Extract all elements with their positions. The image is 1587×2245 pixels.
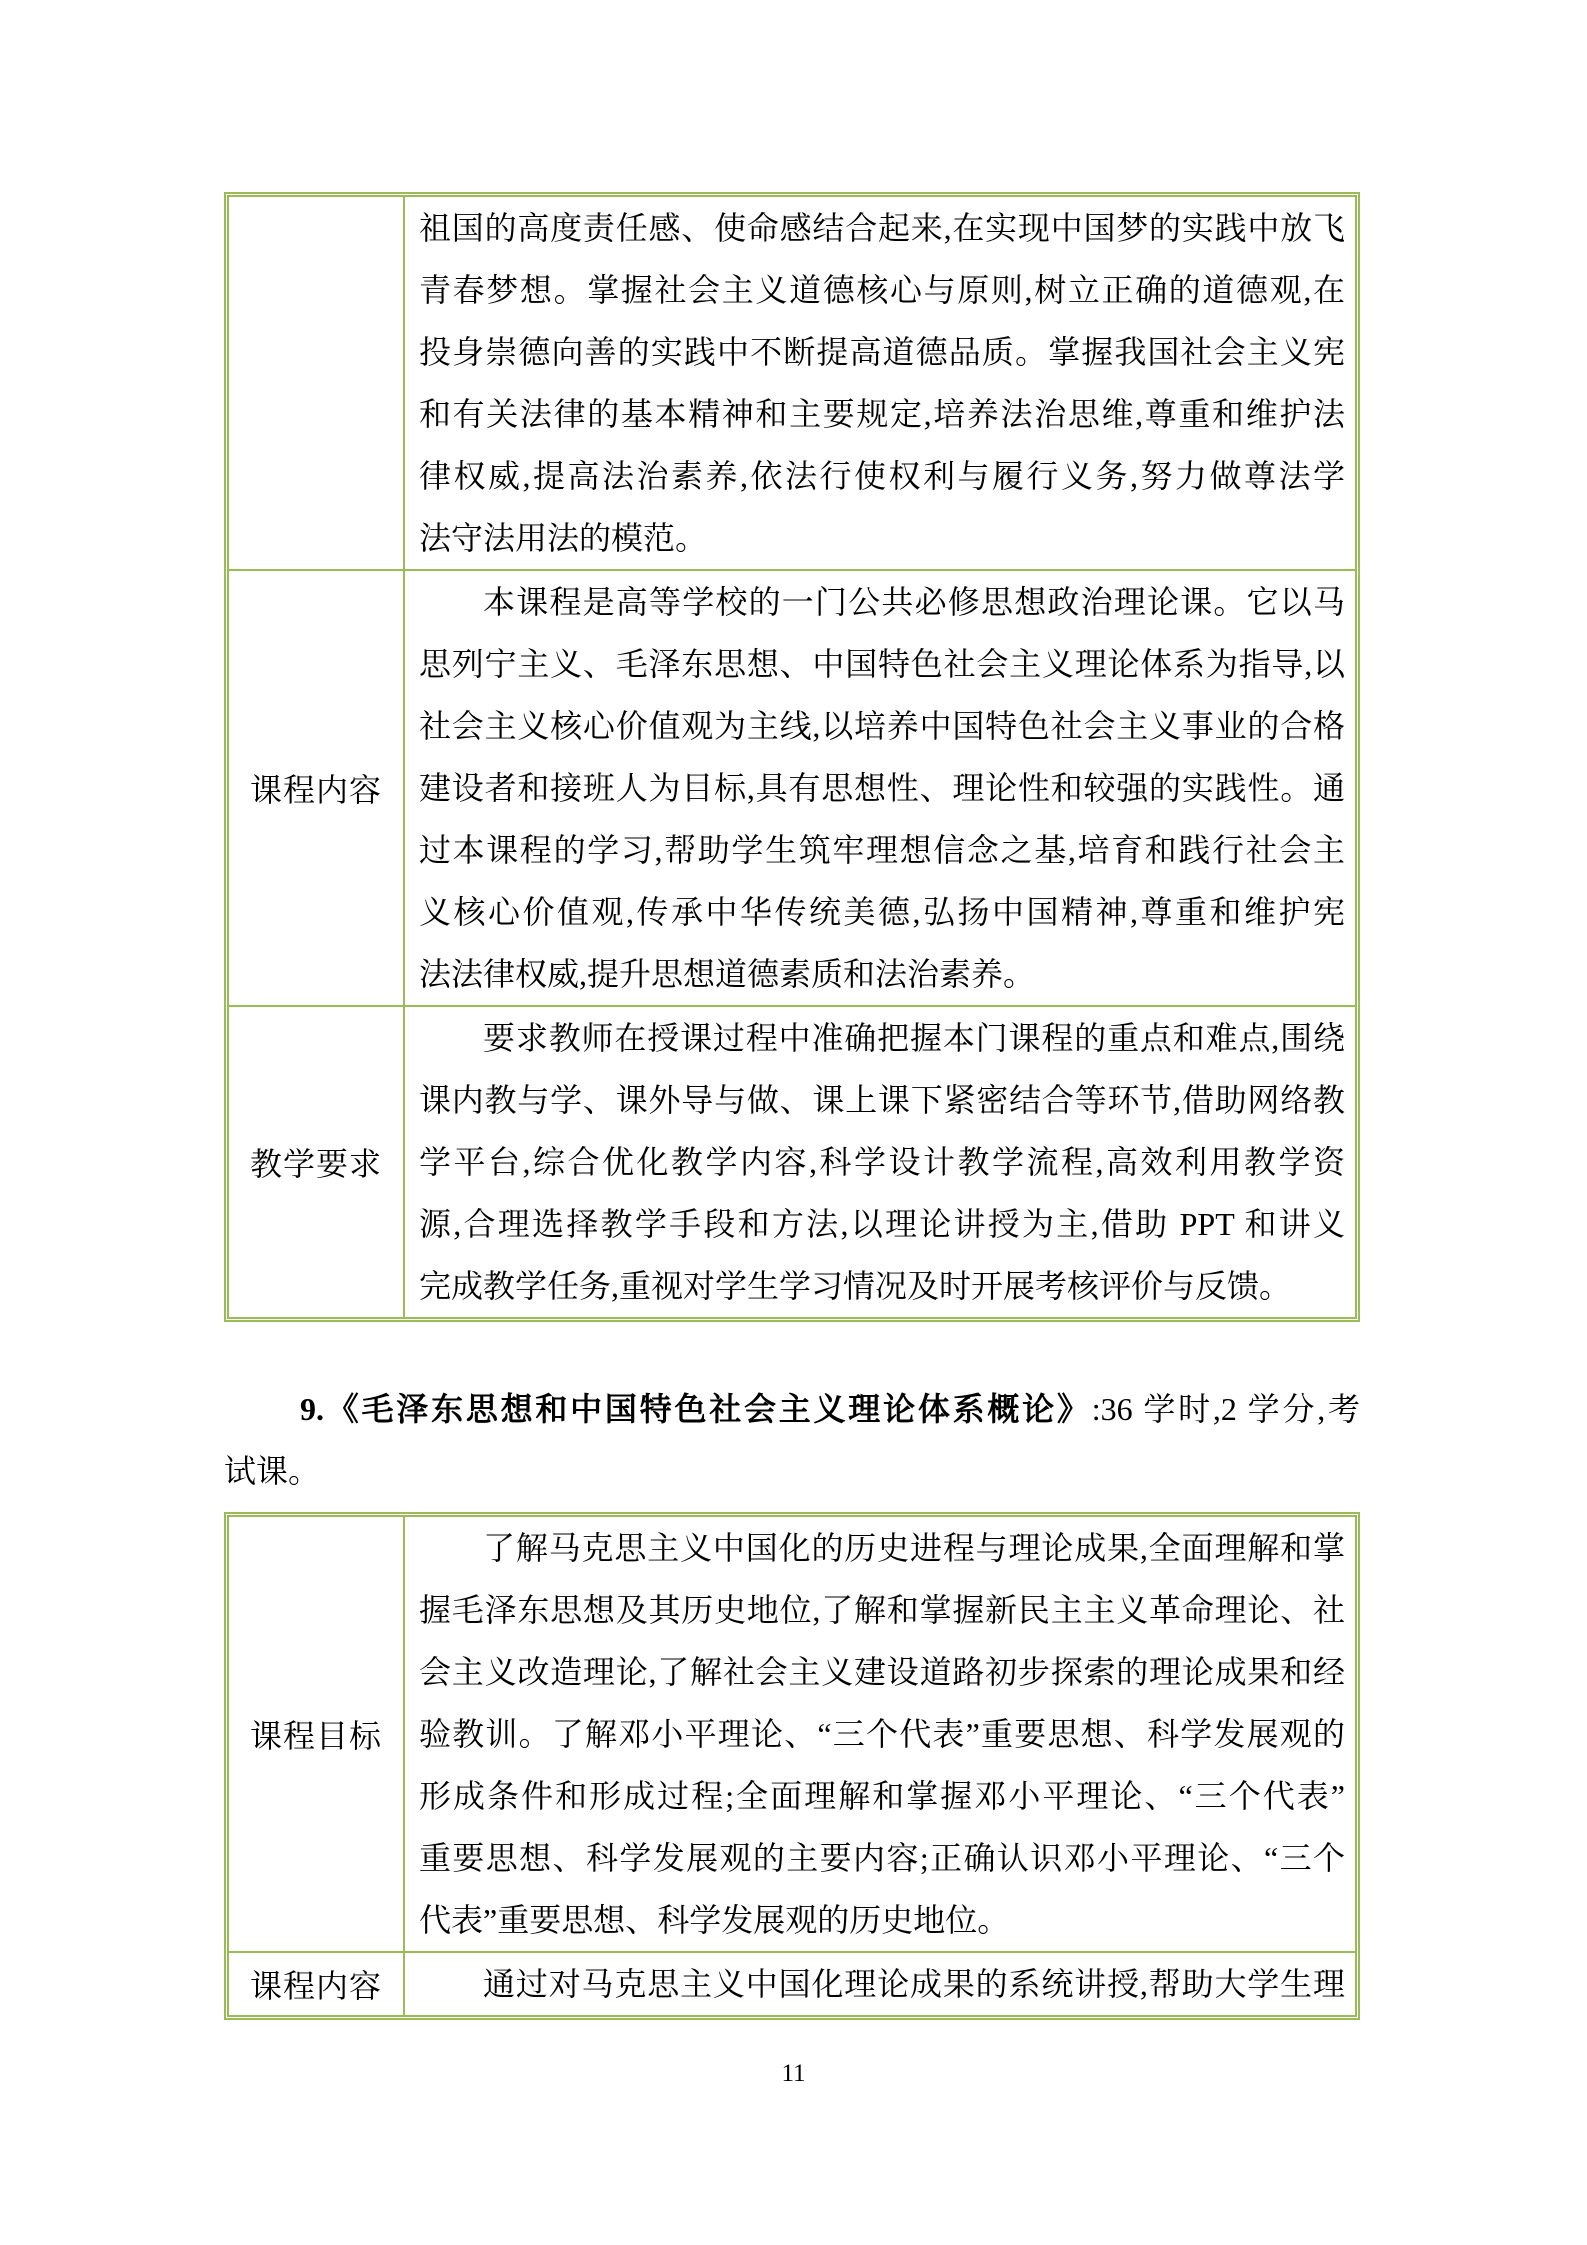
row-label-course-content: 课程内容 [229,1953,405,2015]
text-line: 重要思想、科学发展观的主要内容;正确认识邓小平理论、“三个 [419,1827,1345,1889]
text-line: 会主义改造理论,了解社会主义建设道路初步探索的理论成果和经 [419,1641,1345,1703]
text-line: 祖国的高度责任感、使命感结合起来,在实现中国梦的实践中放飞 [419,197,1345,259]
text-line: 通过对马克思主义中国化理论成果的系统讲授,帮助大学生理 [419,1953,1345,2015]
table-row-course-content: 课程内容 通过对马克思主义中国化理论成果的系统讲授,帮助大学生理 [229,1951,1355,2015]
heading-course-details: :36 学时,2 学分,考 [1092,1391,1360,1427]
table-row-course-content: 课程内容 本课程是高等学校的一门公共必修思想政治理论课。它以马克思列宁主义、毛泽… [229,569,1355,1005]
text-line: 义核心价值观,传承中华传统美德,弘扬中国精神,尊重和维护宪 [419,881,1345,943]
row-content-teaching-requirements: 要求教师在授课过程中准确把握本门课程的重点和难点,围绕课内教与学、课外导与做、课… [405,1007,1355,1317]
table-row-continuation: 祖国的高度责任感、使命感结合起来,在实现中国梦的实践中放飞青春梦想。掌握社会主义… [229,197,1355,569]
row-content-course-content: 通过对马克思主义中国化理论成果的系统讲授,帮助大学生理 [405,1953,1355,2015]
table-row-course-objectives: 课程目标 了解马克思主义中国化的历史进程与理论成果,全面理解和掌握毛泽东思想及其… [229,1517,1355,1951]
syllabus-table-ideology-course: 祖国的高度责任感、使命感结合起来,在实现中国梦的实践中放飞青春梦想。掌握社会主义… [224,192,1360,1322]
text-line: 建设者和接班人为目标,具有思想性、理论性和较强的实践性。通 [419,757,1345,819]
row-label-empty [229,197,405,569]
row-content-course-content: 本课程是高等学校的一门公共必修思想政治理论课。它以马克思列宁主义、毛泽东思想、中… [405,571,1355,1005]
text-line: 青春梦想。掌握社会主义道德核心与原则,树立正确的道德观,在 [419,259,1345,321]
row-label-course-objectives: 课程目标 [229,1517,405,1951]
text-line: 思列宁主义、毛泽东思想、中国特色社会主义理论体系为指导,以 [419,633,1345,695]
heading-course-title: 9.《毛泽东思想和中国特色社会主义理论体系概论》 [300,1391,1092,1427]
text-line: 本课程是高等学校的一门公共必修思想政治理论课。它以马克 [419,571,1345,633]
text-line: 法守法用法的模范。 [419,507,1345,569]
row-label-teaching-requirements: 教学要求 [229,1007,405,1317]
text-line: 社会主义核心价值观为主线,以培养中国特色社会主义事业的合格 [419,695,1345,757]
text-line: 验教训。了解邓小平理论、“三个代表”重要思想、科学发展观的 [419,1703,1345,1765]
text-line: 源,合理选择教学手段和方法,以理论讲授为主,借助 PPT 和讲义 [419,1193,1345,1255]
text-line: 学平台,综合优化教学内容,科学设计教学流程,高效利用教学资 [419,1131,1345,1193]
text-line: 律权威,提高法治素养,依法行使权利与履行义务,努力做尊法学 [419,445,1345,507]
table-row-teaching-requirements: 教学要求 要求教师在授课过程中准确把握本门课程的重点和难点,围绕课内教与学、课外… [229,1005,1355,1317]
text-line: 法法律权威,提升思想道德素质和法治素养。 [419,943,1345,1005]
text-line: 了解马克思主义中国化的历史进程与理论成果,全面理解和掌 [419,1517,1345,1579]
section-heading-paragraph: 9.《毛泽东思想和中国特色社会主义理论体系概论》:36 学时,2 学分,考 试课… [224,1378,1360,1502]
text-line: 形成条件和形成过程;全面理解和掌握邓小平理论、“三个代表” [419,1765,1345,1827]
text-line: 握毛泽东思想及其历史地位,了解和掌握新民主主义革命理论、社 [419,1579,1345,1641]
text-line: 和有关法律的基本精神和主要规定,培养法治思维,尊重和维护法 [419,383,1345,445]
heading-line-1: 9.《毛泽东思想和中国特色社会主义理论体系概论》:36 学时,2 学分,考 [224,1378,1360,1440]
page-number: 11 [0,2060,1587,2088]
text-line: 完成教学任务,重视对学生学习情况及时开展考核评价与反馈。 [419,1255,1345,1317]
row-content-continuation: 祖国的高度责任感、使命感结合起来,在实现中国梦的实践中放飞青春梦想。掌握社会主义… [405,197,1355,569]
text-line: 代表”重要思想、科学发展观的历史地位。 [419,1889,1345,1951]
row-content-course-objectives: 了解马克思主义中国化的历史进程与理论成果,全面理解和掌握毛泽东思想及其历史地位,… [405,1517,1355,1951]
document-page: 祖国的高度责任感、使命感结合起来,在实现中国梦的实践中放飞青春梦想。掌握社会主义… [0,0,1587,2245]
text-line: 投身崇德向善的实践中不断提高道德品质。掌握我国社会主义宪法 [419,321,1345,383]
text-line: 要求教师在授课过程中准确把握本门课程的重点和难点,围绕 [419,1007,1345,1069]
text-line: 过本课程的学习,帮助学生筑牢理想信念之基,培育和践行社会主 [419,819,1345,881]
row-label-course-content: 课程内容 [229,571,405,1005]
heading-line-2: 试课。 [224,1440,1360,1502]
syllabus-table-mao-course: 课程目标 了解马克思主义中国化的历史进程与理论成果,全面理解和掌握毛泽东思想及其… [224,1512,1360,2020]
text-line: 课内教与学、课外导与做、课上课下紧密结合等环节,借助网络教 [419,1069,1345,1131]
